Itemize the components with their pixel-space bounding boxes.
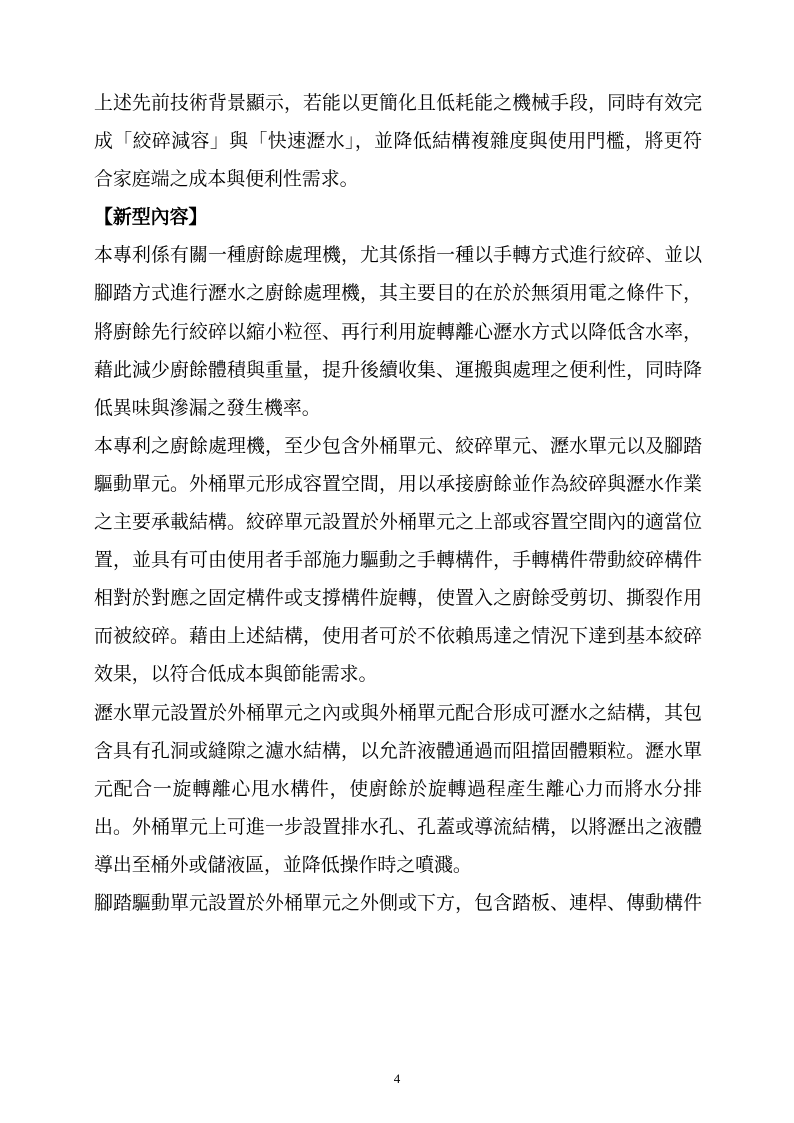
paragraph-line: 相對於對應之固定構件或支撐構件旋轉，使置入之廚餘受剪切、撕裂作用 (94, 579, 702, 617)
paragraph-line: 藉此減少廚餘體積與重量，提升後續收集、運搬與處理之便利性，同時降 (94, 351, 702, 389)
paragraph-line: 而被絞碎。藉由上述結構，使用者可於不依賴馬達之情況下達到基本絞碎 (94, 617, 702, 655)
paragraph-line: 腳踏驅動單元設置於外桶單元之外側或下方，包含踏板、連桿、傳動構件 (94, 884, 702, 922)
paragraph-line: 出。外桶單元上可進一步設置排水孔、孔蓋或導流結構，以將瀝出之液體 (94, 808, 702, 846)
paragraph-line: 導出至桶外或儲液區，並降低操作時之噴濺。 (94, 846, 702, 884)
paragraph-line: 之主要承載結構。絞碎單元設置於外桶單元之上部或容置空間內的適當位 (94, 503, 702, 541)
paragraph-line: 成「絞碎減容」與「快速瀝水」，並降低結構複雜度與使用門檻，將更符 (94, 122, 702, 160)
paragraph-line: 元配合一旋轉離心甩水構件，使廚餘於旋轉過程產生離心力而將水分排 (94, 770, 702, 808)
paragraph-line: 將廚餘先行絞碎以縮小粒徑、再行利用旋轉離心瀝水方式以降低含水率， (94, 313, 702, 351)
paragraph-line: 上述先前技術背景顯示，若能以更簡化且低耗能之機械手段，同時有效完 (94, 84, 702, 122)
paragraph-line: 效果，以符合低成本與節能需求。 (94, 655, 702, 693)
paragraph-line: 瀝水單元設置於外桶單元之內或與外桶單元配合形成可瀝水之結構，其包 (94, 694, 702, 732)
document-page: 上述先前技術背景顯示，若能以更簡化且低耗能之機械手段，同時有效完 成「絞碎減容」… (94, 84, 702, 922)
paragraph-line: 本專利係有關一種廚餘處理機，尤其係指一種以手轉方式進行絞碎、並以 (94, 236, 702, 274)
paragraph-line: 低異味與滲漏之發生機率。 (94, 389, 702, 427)
paragraph-line: 合家庭端之成本與便利性需求。 (94, 160, 702, 198)
paragraph-line: 置，並具有可由使用者手部施力驅動之手轉構件，手轉構件帶動絞碎構件 (94, 541, 702, 579)
section-heading: 【新型內容】 (94, 198, 702, 236)
paragraph-line: 本專利之廚餘處理機，至少包含外桶單元、絞碎單元、瀝水單元以及腳踏 (94, 427, 702, 465)
paragraph-line: 驅動單元。外桶單元形成容置空間，用以承接廚餘並作為絞碎與瀝水作業 (94, 465, 702, 503)
page-number: 4 (0, 1071, 794, 1087)
paragraph-line: 含具有孔洞或縫隙之濾水結構，以允許液體通過而阻擋固體顆粒。瀝水單 (94, 732, 702, 770)
paragraph-line: 腳踏方式進行瀝水之廚餘處理機，其主要目的在於於無須用電之條件下， (94, 274, 702, 312)
